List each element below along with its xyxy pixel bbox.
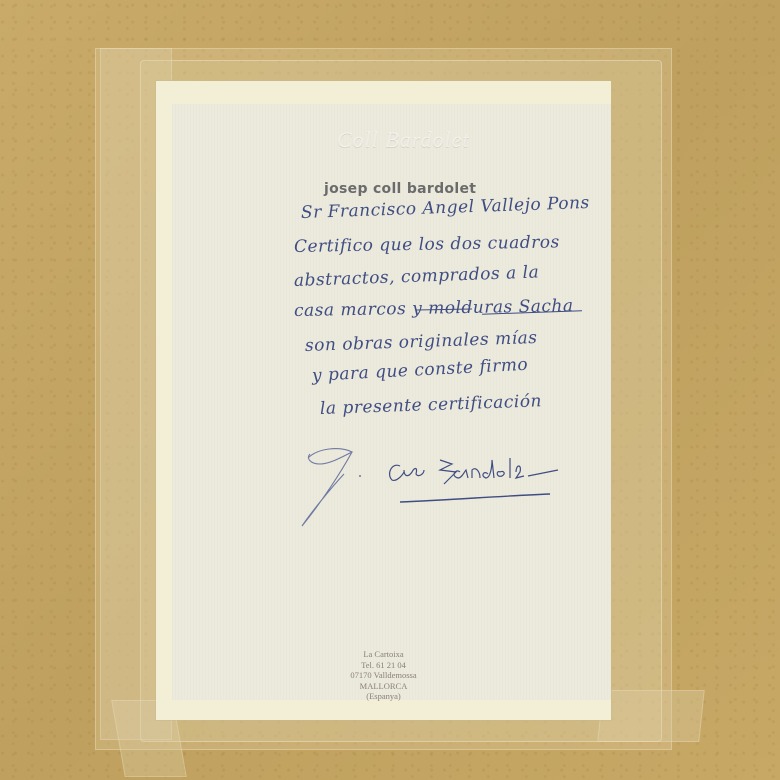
letter-paper: Coll Bardolet josep coll bardolet Sr Fra… [156, 81, 611, 720]
handwritten-line-3: abstractos, comprados a la [294, 262, 540, 291]
handwritten-line-1: Sr Francisco Angel Vallejo Pons [301, 193, 590, 223]
footer-line-2: Tel. 61 21 04 [172, 660, 595, 671]
handwritten-line-7: la presente certificación [320, 391, 543, 419]
signature-icon [300, 444, 600, 554]
paper-face: Coll Bardolet josep coll bardolet Sr Fra… [172, 104, 611, 700]
embossed-mark: Coll Bardolet [337, 127, 477, 157]
footer-line-1: La Cartoixa [172, 649, 595, 660]
tape-strip-bottom-right [597, 690, 704, 742]
backing-board: Coll Bardolet josep coll bardolet Sr Fra… [0, 0, 780, 780]
handwritten-line-6: y para que conste firmo [311, 355, 528, 386]
letterhead-name: josep coll bardolet [324, 181, 476, 197]
footer-line-4: MALLORCA [172, 681, 595, 692]
footer-line-5: (Espanya) [172, 691, 595, 702]
handwritten-line-2: Certifico que los dos cuadros [294, 232, 560, 257]
footer-address: La Cartoixa Tel. 61 21 04 07170 Valldemo… [172, 649, 595, 702]
handwritten-line-5: son obras originales mías [305, 328, 538, 356]
footer-line-3: 07170 Valldemossa [172, 670, 595, 681]
